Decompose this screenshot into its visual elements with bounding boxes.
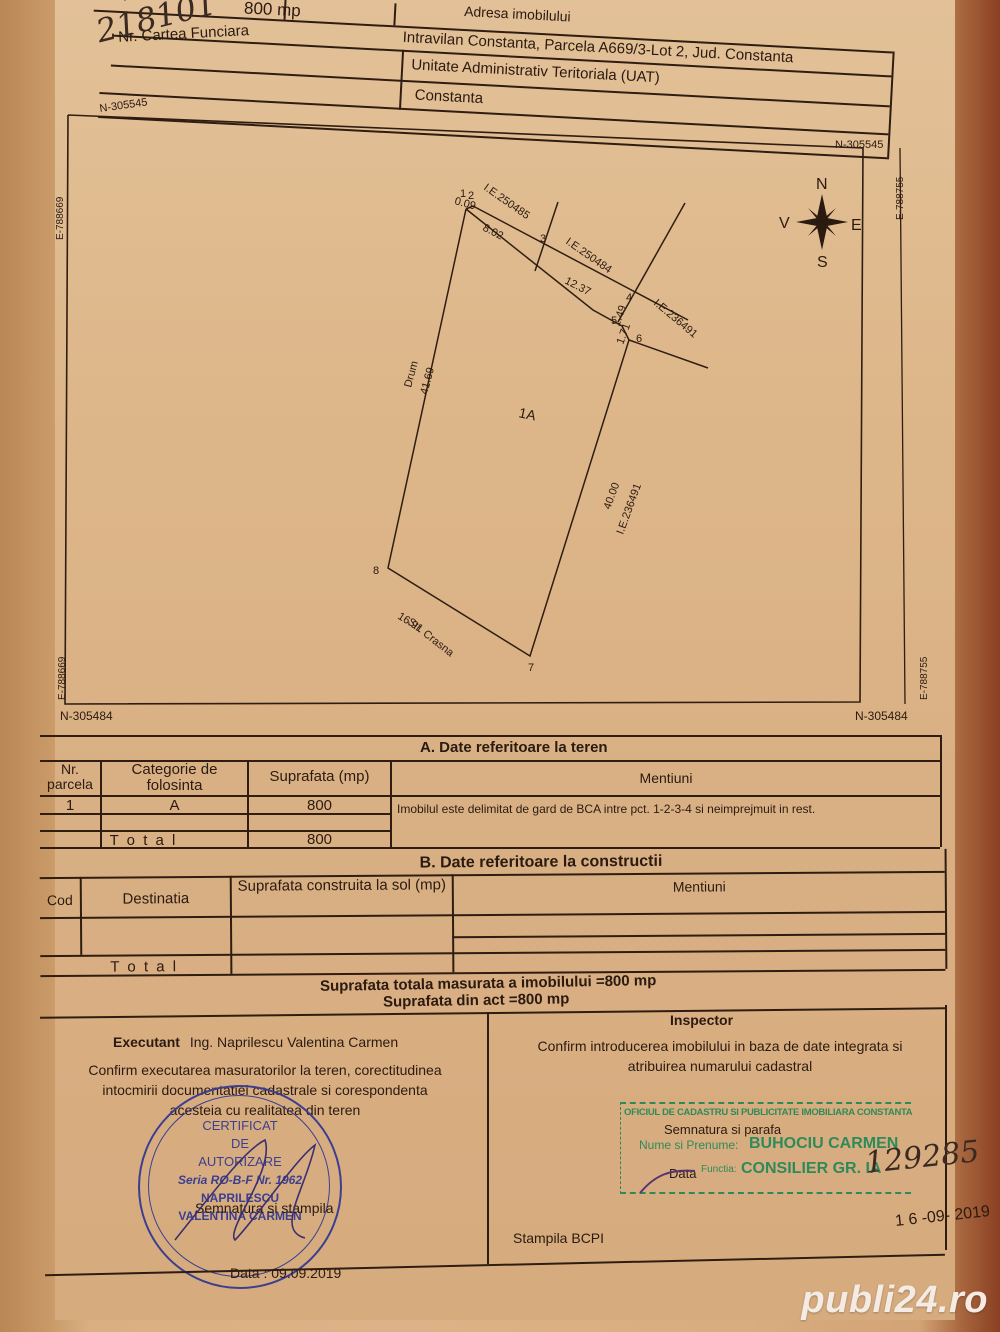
row-suprafata: 800	[249, 797, 390, 814]
inspector-confirm-text: Confirm introducerea imobilului in baza …	[515, 1036, 925, 1076]
functia-value: CONSILIER GR. IA	[741, 1160, 881, 1178]
svg-text:3: 3	[540, 233, 546, 245]
bcpi-date-stamp: 1 6 -09- 2019	[894, 1203, 991, 1231]
svg-text:Str. Crasna: Str. Crasna	[405, 616, 456, 660]
svg-text:Drum: Drum	[402, 360, 421, 389]
executant-block: Executant Ing. Naprilescu Valentina Carm…	[75, 1030, 475, 1280]
svg-text:V: V	[779, 215, 790, 232]
cadastral-plan: N-305545 N-305545 E-788669 E-788755 N-30…	[55, 0, 955, 730]
header-mentiuni: Mentiuni	[392, 770, 940, 786]
svg-text:N-305484: N-305484	[855, 709, 908, 723]
inspector-label: Inspector	[670, 1012, 733, 1028]
header-categorie: Categorie de folosinta	[102, 762, 247, 794]
svg-text:I.E.250485: I.E.250485	[481, 182, 531, 222]
total-value-a: 800	[249, 831, 390, 848]
executant-name: Ing. Naprilescu Valentina Carmen	[190, 1034, 398, 1050]
header-nr-parcela: Nr. parcela	[40, 762, 100, 792]
header-suprafata-construita: Suprafata construita la sol (mp)	[232, 876, 452, 895]
svg-text:6: 6	[636, 333, 642, 345]
svg-text:N-305545: N-305545	[835, 139, 883, 151]
section-a-title: A. Date referitoare la teren	[420, 739, 608, 756]
stampila-bcpi-label: Stampila BCPI	[513, 1230, 604, 1246]
svg-text:8: 8	[373, 565, 379, 577]
publi24-watermark: publi24.ro	[801, 1279, 988, 1322]
svg-text:I.E.236491: I.E.236491	[651, 297, 699, 340]
svg-text:1A: 1A	[517, 404, 538, 423]
inspector-block: Inspector Confirm introducerea imobilulu…	[495, 1010, 945, 1270]
functia-label: Functia:	[701, 1164, 737, 1175]
header-destinatia: Destinatia	[82, 890, 230, 908]
header-cod: Cod	[40, 892, 80, 908]
header-mentiuni-b: Mentiuni	[454, 877, 945, 896]
total-label-a: T o t a l	[40, 832, 247, 849]
svg-text:12.37: 12.37	[563, 275, 593, 298]
compass-rose-icon: N S V E	[779, 176, 862, 271]
svg-text:4: 4	[626, 292, 632, 304]
executant-signature	[155, 1130, 355, 1250]
executant-data-label: Data	[230, 1265, 260, 1281]
svg-text:8.02: 8.02	[481, 222, 506, 242]
section-b-title: B. Date referitoare la constructii	[420, 853, 663, 873]
svg-text:S: S	[817, 254, 828, 271]
svg-text:I.E.250484: I.E.250484	[563, 236, 613, 276]
section-a-teren: A. Date referitoare la teren Nr. parcela…	[40, 735, 940, 860]
header-suprafata: Suprafata (mp)	[249, 768, 390, 785]
svg-text:N-305484: N-305484	[60, 709, 113, 723]
svg-text:N: N	[816, 176, 828, 193]
parcel-1A	[388, 202, 708, 656]
svg-text:E-788669: E-788669	[57, 656, 68, 700]
row-nr: 1	[40, 797, 100, 814]
svg-text:N-305545: N-305545	[99, 96, 149, 115]
cadastral-document: Nr. cadastral 800 mp Adresa imobilului I…	[55, 0, 955, 1320]
svg-text:E-788669: E-788669	[55, 196, 66, 240]
svg-text:E-788755: E-788755	[895, 176, 906, 220]
section-b-constructii: B. Date referitoare la constructii Cod D…	[40, 849, 946, 985]
total-label-b: T o t a l	[110, 958, 178, 975]
svg-text:E-788755: E-788755	[919, 656, 930, 700]
svg-text:40.00: 40.00	[602, 481, 623, 511]
executant-label: Executant	[113, 1034, 180, 1050]
ocpi-office: OFICIUL DE CADASTRU SI PUBLICITATE IMOBI…	[624, 1107, 912, 1118]
inspector-signature	[635, 1165, 705, 1195]
suprafata-din-act: Suprafata din act =800 mp	[383, 990, 570, 1010]
mentiuni-text: Imobilul este delimitat de gard de BCA i…	[397, 802, 815, 816]
row-categorie: A	[102, 797, 247, 814]
svg-text:E: E	[851, 217, 862, 234]
svg-text:41.69: 41.69	[418, 366, 437, 396]
nume-label: Nume si Prenume:	[639, 1138, 738, 1152]
svg-text:7: 7	[528, 662, 534, 674]
